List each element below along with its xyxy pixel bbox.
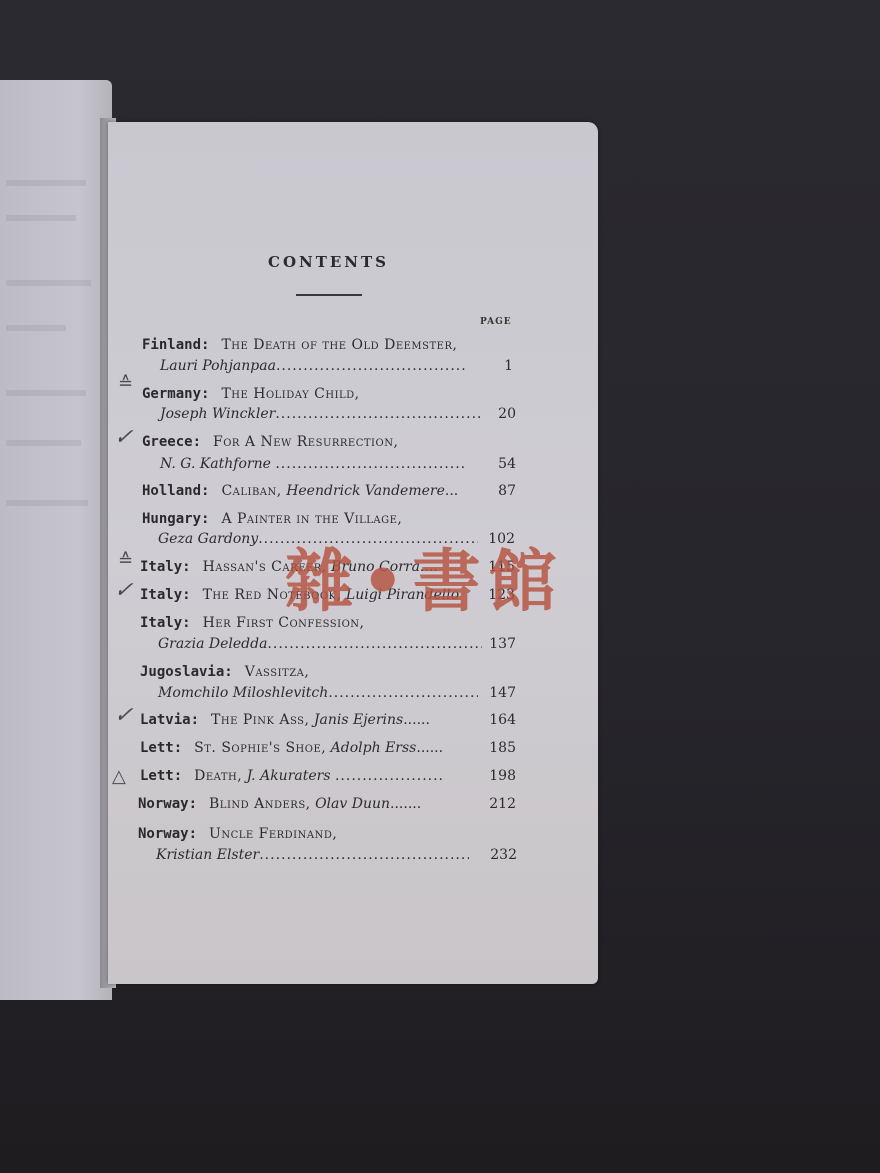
toc-entry: Holland:Caliban, Heendrick Vandemere...: [142, 483, 458, 499]
leader-dots: ........................................…: [275, 406, 480, 422]
entry-page-number: 232: [477, 847, 517, 863]
entry-author: Joseph Winckler: [160, 406, 275, 422]
toc-entry: Finland:The Death of the Old Deemster,: [142, 337, 457, 353]
title-rule: [296, 294, 362, 296]
show-through-text: [6, 280, 91, 286]
entry-author: Lauri Pohjanpaa: [160, 358, 276, 374]
show-through-text: [6, 390, 86, 396]
entry-country: Norway:: [138, 796, 197, 812]
toc-entry-author-line: Grazia Deledda..........................…: [158, 636, 482, 652]
entry-page-number: 54: [476, 456, 516, 472]
entry-country: Italy:: [140, 559, 191, 575]
entry-page-number: 1: [473, 358, 513, 374]
page-title: CONTENTS: [268, 253, 389, 271]
toc-entry-author-line: Lauri Pohjanpaa.........................…: [160, 358, 466, 374]
leader-dots: ........................................…: [259, 847, 469, 863]
leader-dots: ........................................…: [267, 636, 482, 652]
entry-country: Italy:: [140, 615, 191, 631]
entry-page-number: 198: [476, 768, 516, 784]
entry-country: Hungary:: [142, 511, 209, 527]
leader-dots: ......: [403, 712, 430, 728]
leader-dots: ................................: [335, 768, 445, 784]
triangle-mark-icon: ≙: [118, 550, 133, 571]
entry-author: J. Akuraters: [247, 768, 331, 784]
toc-entry-author-line: N. G. Kathforne ........................…: [160, 456, 465, 472]
entry-title: Death,: [194, 768, 242, 784]
entry-country: Lett:: [140, 740, 182, 756]
leader-dots: ........................................…: [276, 358, 466, 374]
entry-page-number: 212: [476, 796, 516, 812]
leader-dots: ........................................…: [328, 685, 478, 701]
left-page: [0, 80, 112, 1000]
entry-page-number: 137: [476, 636, 516, 652]
toc-entry: Lett:St. Sophie's Shoe, Adolph Erss.....…: [140, 740, 443, 756]
entry-page-number: 147: [476, 685, 516, 701]
leader-dots: ........................................…: [275, 456, 465, 472]
toc-entry: Norway:Uncle Ferdinand,: [138, 826, 337, 842]
entry-country: Holland:: [142, 483, 209, 499]
show-through-text: [6, 215, 76, 221]
entry-country: Jugoslavia:: [140, 664, 233, 680]
triangle-mark-icon: ≙: [118, 373, 133, 394]
entry-page-number: 185: [476, 740, 516, 756]
entry-page-number: 20: [476, 406, 516, 422]
entry-author: Momchilo Miloshlevitch: [158, 685, 328, 701]
entry-title: Vassitza,: [245, 664, 310, 680]
page-column-header: PAGE: [480, 317, 512, 327]
entry-title: St. Sophie's Shoe,: [194, 740, 326, 756]
entry-title: Blind Anders,: [209, 796, 311, 812]
entry-author: Janis Ejerins: [314, 712, 403, 728]
toc-entry: Jugoslavia:Vassitza,: [140, 664, 309, 680]
toc-entry: Norway:Blind Anders, Olav Duun.......: [138, 796, 421, 812]
toc-entry: Latvia:The Pink Ass, Janis Ejerins......: [140, 712, 430, 728]
entry-title: The Death of the Old Deemster,: [221, 337, 457, 353]
show-through-text: [6, 500, 88, 506]
entry-title: The Pink Ass,: [211, 712, 309, 728]
toc-entry-author-line: Kristian Elster.........................…: [156, 847, 469, 863]
toc-entry: Hungary:A Painter in the Village,: [142, 511, 402, 527]
leader-dots: ......: [416, 740, 443, 756]
entry-author: Grazia Deledda: [158, 636, 267, 652]
entry-country: Italy:: [140, 587, 191, 603]
entry-country: Latvia:: [140, 712, 199, 728]
entry-title: The Holiday Child,: [221, 386, 359, 402]
entry-page-number: 87: [476, 483, 516, 499]
entry-country: Lett:: [140, 768, 182, 784]
toc-entry: Lett:Death, J. Akuraters ...............…: [140, 768, 445, 784]
leader-dots: .......: [390, 796, 421, 812]
entry-author: N. G. Kathforne: [160, 456, 271, 472]
entry-author: Heendrick Vandemere: [286, 483, 445, 499]
entry-country: Norway:: [138, 826, 197, 842]
entry-author: Kristian Elster: [156, 847, 259, 863]
triangle-mark-icon: △: [112, 766, 126, 787]
entry-title: Uncle Ferdinand,: [209, 826, 337, 842]
entry-author: Geza Gardony: [158, 531, 258, 547]
toc-entry-author-line: Joseph Winckler.........................…: [160, 406, 480, 422]
show-through-text: [6, 440, 81, 446]
entry-page-number: 164: [476, 712, 516, 728]
entry-title: Caliban,: [221, 483, 281, 499]
entry-country: Greece:: [142, 434, 201, 450]
toc-entry: Germany:The Holiday Child,: [142, 386, 360, 402]
toc-entry-author-line: Momchilo Miloshlevitch..................…: [158, 685, 478, 701]
show-through-text: [6, 180, 86, 186]
entry-country: Germany:: [142, 386, 209, 402]
toc-entry: Greece:For A New Resurrection,: [142, 434, 398, 450]
entry-country: Finland:: [142, 337, 209, 353]
entry-author: Olav Duun: [315, 796, 390, 812]
leader-dots: ...: [445, 483, 458, 499]
library-stamp-watermark: 雜•書館: [285, 528, 564, 625]
entry-author: Adolph Erss: [331, 740, 417, 756]
entry-title: For A New Resurrection,: [213, 434, 398, 450]
show-through-text: [6, 325, 66, 331]
entry-title: A Painter in the Village,: [221, 511, 402, 527]
